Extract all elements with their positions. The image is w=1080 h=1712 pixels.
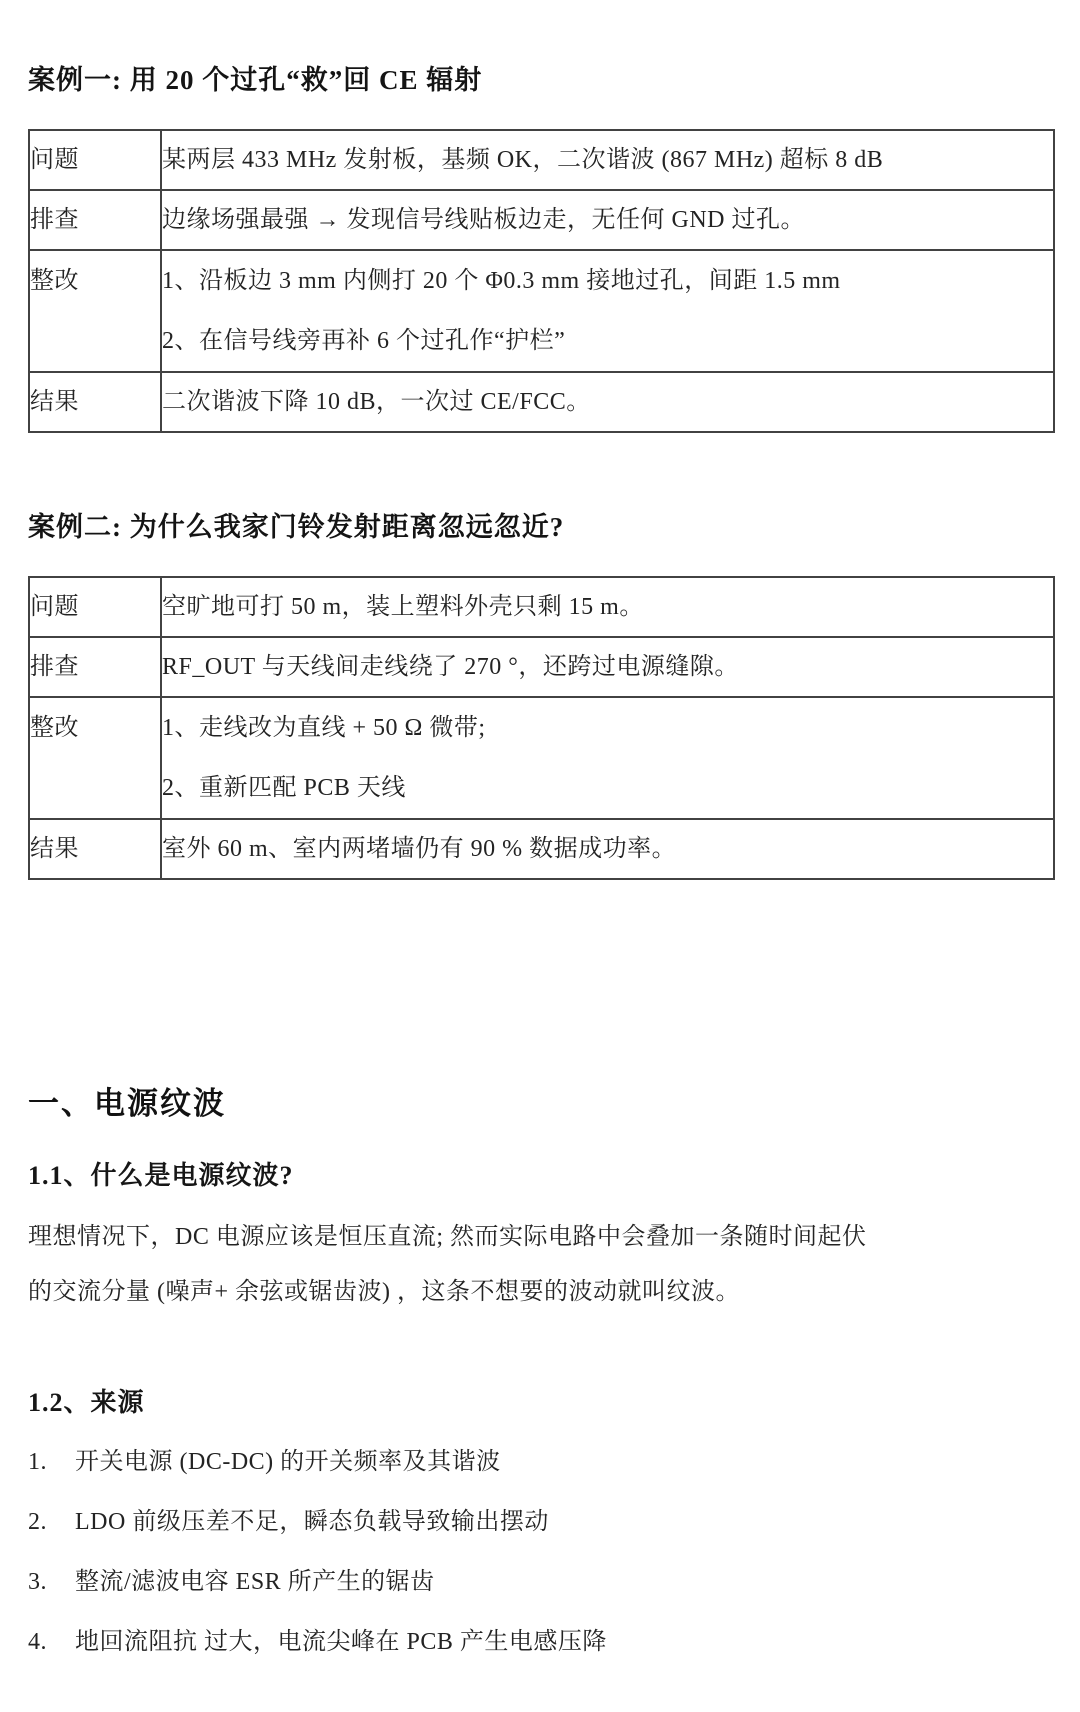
table-row: 问题 某两层 433 MHz 发射板，基频 OK，二次谐波 (867 MHz) … <box>29 130 1054 190</box>
content-line: 空旷地可打 50 m，装上塑料外壳只剩 15 m。 <box>162 578 1053 636</box>
paragraph-line: 的交流分量 (噪声+ 余弦或锯齿波) ，这条不想要的波动就叫纹波。 <box>28 1265 1055 1320</box>
list-item-text: 整流/滤波电容 ESR 所产生的锯齿 <box>75 1569 435 1595</box>
document-page: 案例一: 用 20 个过孔“救”回 CE 辐射 问题 某两层 433 MHz 发… <box>0 58 1080 1657</box>
content-line: RF_OUT 与天线间走线绕了 270 °，还跨过电源缝隙。 <box>162 638 1053 696</box>
list-item: 4.地回流阻抗 过大，电流尖峰在 PCB 产生电感压降 <box>28 1627 1055 1657</box>
content-line: 1、沿板边 3 mm 内侧打 20 个 Φ0.3 mm 接地过孔，间距 1.5 … <box>162 251 1053 311</box>
row-label-cell: 排查 <box>29 637 161 697</box>
list-item: 3.整流/滤波电容 ESR 所产生的锯齿 <box>28 1567 1055 1597</box>
row-label: 排查 <box>30 638 160 696</box>
list-item-number: 1. <box>28 1447 75 1477</box>
table-row: 结果 二次谐波下降 10 dB，一次过 CE/FCC。 <box>29 372 1054 432</box>
content-line: 2、在信号线旁再补 6 个过孔作“护栏” <box>162 311 1053 371</box>
table-row: 结果 室外 60 m、室内两堵墙仍有 90 % 数据成功率。 <box>29 819 1054 879</box>
row-content-cell: 1、走线改为直线 + 50 Ω 微带; 2、重新匹配 PCB 天线 <box>161 697 1054 819</box>
table-row: 整改 1、沿板边 3 mm 内侧打 20 个 Φ0.3 mm 接地过孔，间距 1… <box>29 250 1054 372</box>
row-label: 整改 <box>30 251 160 311</box>
subsection-1-1-title: 1.1、什么是电源纹波? <box>28 1155 1055 1192</box>
table-row: 问题 空旷地可打 50 m，装上塑料外壳只剩 15 m。 <box>29 577 1054 637</box>
section-heading: 一、电源纹波 <box>28 1078 1055 1123</box>
list-item-number: 3. <box>28 1567 75 1597</box>
list-item: 2.LDO 前级压差不足，瞬态负载导致输出摆动 <box>28 1507 1055 1537</box>
case1-table: 问题 某两层 433 MHz 发射板，基频 OK，二次谐波 (867 MHz) … <box>28 129 1055 433</box>
row-content-cell: 室外 60 m、室内两堵墙仍有 90 % 数据成功率。 <box>161 819 1054 879</box>
row-label: 结果 <box>30 820 160 878</box>
case1-title: 案例一: 用 20 个过孔“救”回 CE 辐射 <box>28 58 1055 97</box>
row-content-cell: 某两层 433 MHz 发射板，基频 OK，二次谐波 (867 MHz) 超标 … <box>161 130 1054 190</box>
row-label: 整改 <box>30 698 160 758</box>
list-item-number: 2. <box>28 1507 75 1537</box>
row-label-cell: 结果 <box>29 372 161 432</box>
content-line: 二次谐波下降 10 dB，一次过 CE/FCC。 <box>162 373 1053 431</box>
table-row: 整改 1、走线改为直线 + 50 Ω 微带; 2、重新匹配 PCB 天线 <box>29 697 1054 819</box>
content-line: 某两层 433 MHz 发射板，基频 OK，二次谐波 (867 MHz) 超标 … <box>162 131 1053 189</box>
row-label-cell: 排查 <box>29 190 161 250</box>
row-label: 排查 <box>30 191 160 249</box>
table-row: 排查 边缘场强最强 → 发现信号线贴板边走，无任何 GND 过孔。 <box>29 190 1054 250</box>
content-line: 边缘场强最强 → 发现信号线贴板边走，无任何 GND 过孔。 <box>162 191 1053 249</box>
list-item-text: 开关电源 (DC-DC) 的开关频率及其谐波 <box>75 1449 501 1475</box>
paragraph-line: 理想情况下，DC 电源应该是恒压直流; 然而实际电路中会叠加一条随时间起伏 <box>28 1210 1055 1265</box>
ripple-definition-paragraph: 理想情况下，DC 电源应该是恒压直流; 然而实际电路中会叠加一条随时间起伏 的交… <box>28 1210 1055 1320</box>
row-label-cell: 问题 <box>29 130 161 190</box>
row-content-cell: 边缘场强最强 → 发现信号线贴板边走，无任何 GND 过孔。 <box>161 190 1054 250</box>
ripple-sources-list: 1.开关电源 (DC-DC) 的开关频率及其谐波 2.LDO 前级压差不足，瞬态… <box>28 1447 1055 1657</box>
row-label-cell: 结果 <box>29 819 161 879</box>
content-line: 1、走线改为直线 + 50 Ω 微带; <box>162 698 1053 758</box>
case2-title: 案例二: 为什么我家门铃发射距离忽远忽近? <box>28 505 1055 544</box>
row-label-cell: 整改 <box>29 250 161 372</box>
list-item-text: LDO 前级压差不足，瞬态负载导致输出摆动 <box>75 1509 549 1535</box>
row-content-cell: RF_OUT 与天线间走线绕了 270 °，还跨过电源缝隙。 <box>161 637 1054 697</box>
row-label: 问题 <box>30 131 160 189</box>
table-row: 排查 RF_OUT 与天线间走线绕了 270 °，还跨过电源缝隙。 <box>29 637 1054 697</box>
row-label: 结果 <box>30 373 160 431</box>
case2-table: 问题 空旷地可打 50 m，装上塑料外壳只剩 15 m。 排查 RF_OUT 与… <box>28 576 1055 880</box>
subsection-1-2-title: 1.2、来源 <box>28 1382 1055 1419</box>
row-label-cell: 问题 <box>29 577 161 637</box>
list-item-text: 地回流阻抗 过大，电流尖峰在 PCB 产生电感压降 <box>75 1629 607 1655</box>
row-label: 问题 <box>30 578 160 636</box>
list-item-number: 4. <box>28 1627 75 1657</box>
list-item: 1.开关电源 (DC-DC) 的开关频率及其谐波 <box>28 1447 1055 1477</box>
row-content-cell: 空旷地可打 50 m，装上塑料外壳只剩 15 m。 <box>161 577 1054 637</box>
row-content-cell: 二次谐波下降 10 dB，一次过 CE/FCC。 <box>161 372 1054 432</box>
row-label-cell: 整改 <box>29 697 161 819</box>
content-line: 2、重新匹配 PCB 天线 <box>162 758 1053 818</box>
row-content-cell: 1、沿板边 3 mm 内侧打 20 个 Φ0.3 mm 接地过孔，间距 1.5 … <box>161 250 1054 372</box>
content-line: 室外 60 m、室内两堵墙仍有 90 % 数据成功率。 <box>162 820 1053 878</box>
